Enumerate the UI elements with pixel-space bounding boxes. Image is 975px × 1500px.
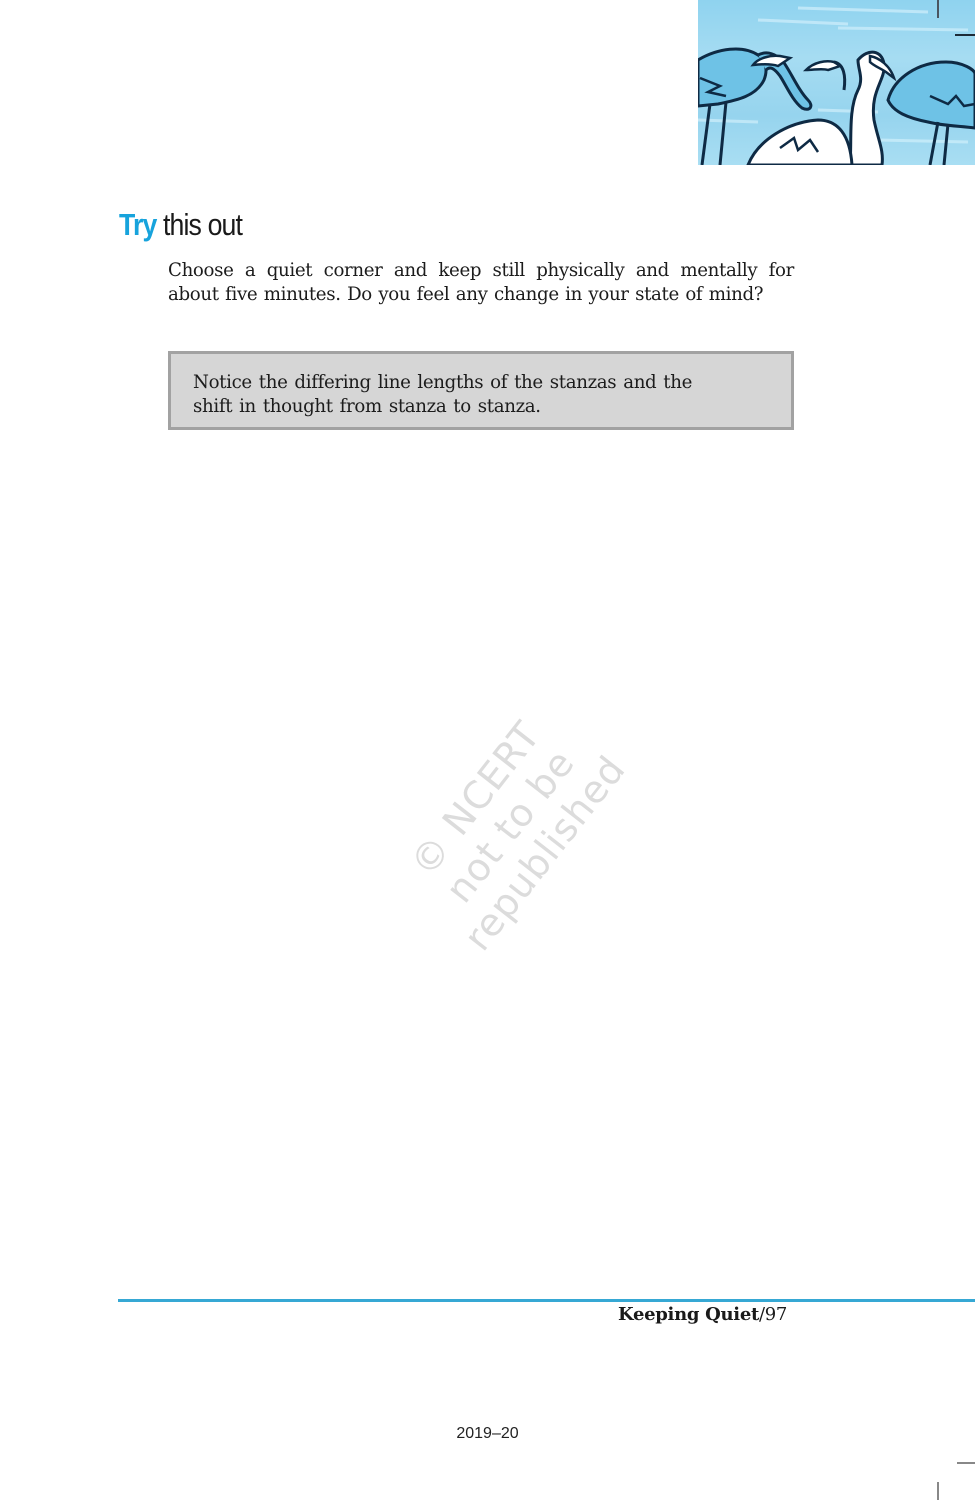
note-text: Notice the differing line lengths of the… <box>193 371 733 419</box>
left-flamingo-body <box>698 49 766 106</box>
watermark-line-2: not to be republished <box>363 647 691 1032</box>
crop-mark-bottom-vertical <box>937 1482 939 1500</box>
section-heading: Try this out <box>119 206 242 244</box>
white-flamingo-body <box>748 120 852 165</box>
footer-rule <box>118 1299 975 1302</box>
right-flamingo-body <box>888 62 975 128</box>
flamingo-illustration <box>698 0 975 165</box>
crop-mark-top-vertical <box>937 0 939 18</box>
crop-mark-top-horizontal <box>955 34 975 36</box>
activity-paragraph: Choose a quiet corner and keep still phy… <box>168 259 794 307</box>
heading-accent-word: Try <box>119 207 156 242</box>
running-footer: Keeping Quiet/97 <box>618 1303 787 1327</box>
watermark-line-1: © NCERT <box>329 620 622 978</box>
note-box: Notice the differing line lengths of the… <box>168 351 794 430</box>
page-number: 97 <box>765 1304 787 1325</box>
flamingo-drawing <box>698 0 975 165</box>
heading-rest: this out <box>156 207 242 242</box>
edition-year: 2019–20 <box>0 1424 975 1444</box>
copyright-watermark: © NCERT not to be republished <box>329 620 692 1032</box>
chapter-title: Keeping Quiet <box>618 1304 759 1325</box>
crop-mark-bottom-horizontal <box>957 1462 975 1464</box>
